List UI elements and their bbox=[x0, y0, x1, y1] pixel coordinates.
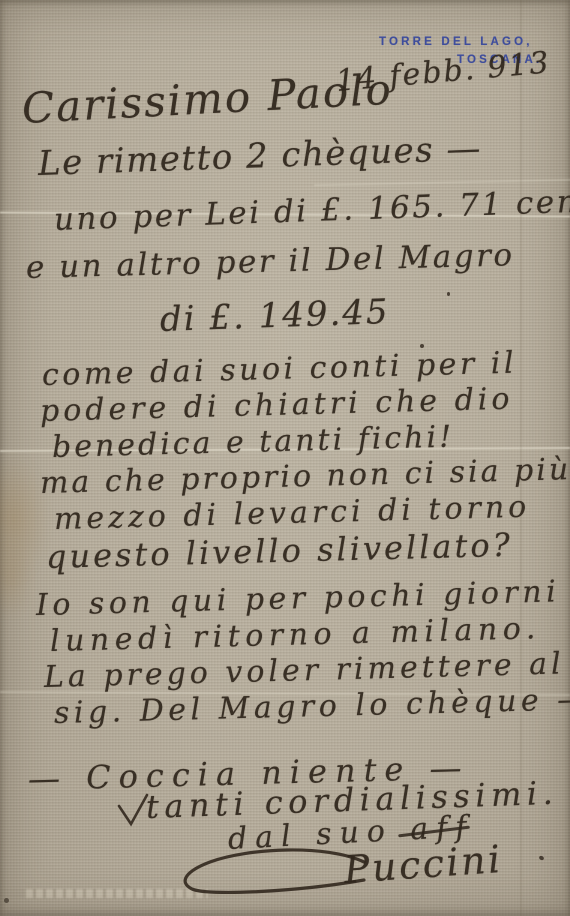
letter-line-1: Le rimetto 2 chèques — bbox=[37, 129, 482, 184]
salutation: Carissimo Paolo bbox=[21, 65, 394, 133]
ink-speck bbox=[447, 292, 450, 296]
ink-speck bbox=[4, 898, 9, 903]
letter-line-4: di £. 149.45 bbox=[159, 292, 390, 340]
letter-page: TORRE DEL LAGO, TOSCANA. 14 febb. 913 Ca… bbox=[0, 0, 570, 916]
letterhead-place: TORRE DEL LAGO, bbox=[379, 36, 533, 48]
letter-line-3: e un altro per il Del Magro bbox=[26, 237, 516, 286]
ink-speck bbox=[538, 855, 544, 861]
letter-line-2: uno per Lei di £. 165. 71 cent bbox=[53, 183, 570, 238]
signature-flourish bbox=[176, 840, 366, 902]
